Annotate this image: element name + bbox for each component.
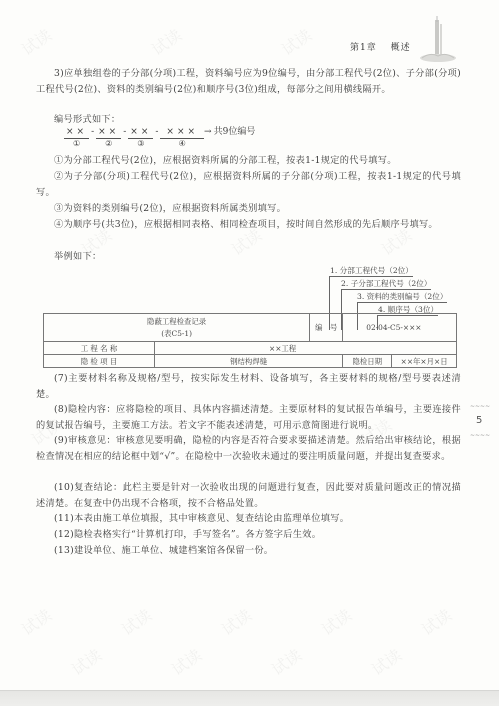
code-segment-2: ×× ② — [96, 127, 121, 149]
document-page: 第1章 概述 3)应单独组卷的子分部(分项)工程，资料编号应为9位编号，由分部工… — [0, 0, 499, 706]
watermark: 试读 — [416, 603, 455, 640]
total-label: 共9位编号 — [214, 127, 256, 138]
hidden-work-inspection-record-table: 隐蔽工程检查记录 (表C5-1) 编 号 02-04-C5-××× 工 程 名 … — [43, 313, 457, 368]
note-9: (9)审核意见：审核意见要明确，隐检的内容是否符合要求要描述清楚。然后给出审核结… — [36, 433, 461, 464]
number-label-cell: 编 号 — [310, 314, 343, 342]
project-name-value: ××工程 — [155, 342, 457, 355]
project-name-label: 工 程 名 称 — [44, 342, 155, 355]
code-segment-3: ×× ③ — [128, 127, 153, 149]
watermark: 试读 — [66, 643, 105, 680]
table-title-cell: 隐蔽工程检查记录 (表C5-1) — [44, 314, 310, 342]
annotation-3: 3. 资料的类别编号（2位） — [357, 292, 447, 303]
code-format-diagram: ×× ① - ×× ② - ×× ③ - ××× ④ → 共9位编号 — [64, 127, 255, 149]
code-segment-1: ×× ① — [64, 127, 89, 149]
item-2: ②为子分部(分项)工程代号(2位)，应根据资料所属的子分部(分项)工程，按表1-… — [36, 169, 461, 200]
note-13: (13)建设单位、施工单位、城建档案馆各保留一份。 — [36, 543, 461, 559]
arrow-right-icon: → — [204, 127, 212, 138]
note-8: (8)隐检内容：应将隐检的项目、具体内容描述清楚。主要原材料的复试报告单编号，主… — [36, 402, 461, 433]
watermark: 试读 — [266, 643, 305, 680]
note-12: (12)隐检表格实行“计算机打印，手写签名”。各方签字后生效。 — [36, 527, 461, 543]
page-number-ornament-top: ~~~~ — [470, 403, 490, 410]
note-11: (11)本表由施工单位填报，其中审核意见、复查结论由监理单位填写。 — [36, 511, 461, 527]
annotation-2: 2. 子分部工程代号（2位） — [341, 279, 431, 290]
watermark: 试读 — [216, 603, 255, 640]
format-intro: 编号形式如下： — [36, 112, 461, 128]
note-7: (7)主要材料名称及规格/型号，按实际发生材料、设备填写，各主要材料的规格/型号… — [36, 371, 461, 402]
page-number-ornament-bottom: ~~~~ — [470, 432, 490, 439]
item-1: ①为分部工程代号(2位)，应根据资料所属的分部工程，按表1-1规定的代号填写。 — [36, 153, 461, 169]
page-bottom-edge — [0, 690, 499, 706]
chapter-label: 第1章 — [350, 43, 377, 53]
inspection-item-label: 隐 检 项 目 — [44, 355, 155, 368]
item-3: ③为资料的类别编号(2位)，应根据资料所属类别填写。 — [36, 201, 461, 217]
watermark: 试读 — [146, 23, 185, 60]
watermark: 试读 — [366, 643, 405, 680]
paragraph-3: 3)应单独组卷的子分部(分项)工程，资料编号应为9位编号，由分部工程代号(2位)… — [36, 66, 461, 97]
watermark: 试读 — [316, 603, 355, 640]
watermark: 试读 — [16, 603, 55, 640]
watermark: 试读 — [276, 23, 315, 60]
watermark: 试读 — [166, 643, 205, 680]
chapter-title: 概述 — [391, 43, 411, 53]
item-4: ④为顺序号(共3位)，应根据相同表格、相同检查项目，按时间自然形成的先后顺序号填… — [36, 217, 461, 233]
inspection-item-value: 钢结构焊缝 — [155, 355, 343, 368]
example-intro: 举例如下： — [36, 249, 461, 265]
note-10: (10)复查结论：此栏主要是针对一次验收出现的问题进行复查，因此要对质量问题改正… — [36, 480, 461, 511]
page-number: 5 — [476, 415, 482, 426]
code-segment-4: ××× ④ — [160, 127, 204, 149]
watermark: 试读 — [16, 23, 55, 60]
annotation-1: 1. 分部工程代号（2位） — [330, 266, 413, 277]
running-header: 第1章 概述 — [350, 40, 411, 53]
inspection-date-label: 隐检日期 — [343, 355, 392, 368]
watermark: 试读 — [116, 603, 155, 640]
number-value-cell: 02-04-C5-××× — [343, 314, 457, 342]
inspection-date-value: ××年×月×日 — [392, 355, 457, 368]
tower-illustration-icon — [418, 14, 458, 64]
